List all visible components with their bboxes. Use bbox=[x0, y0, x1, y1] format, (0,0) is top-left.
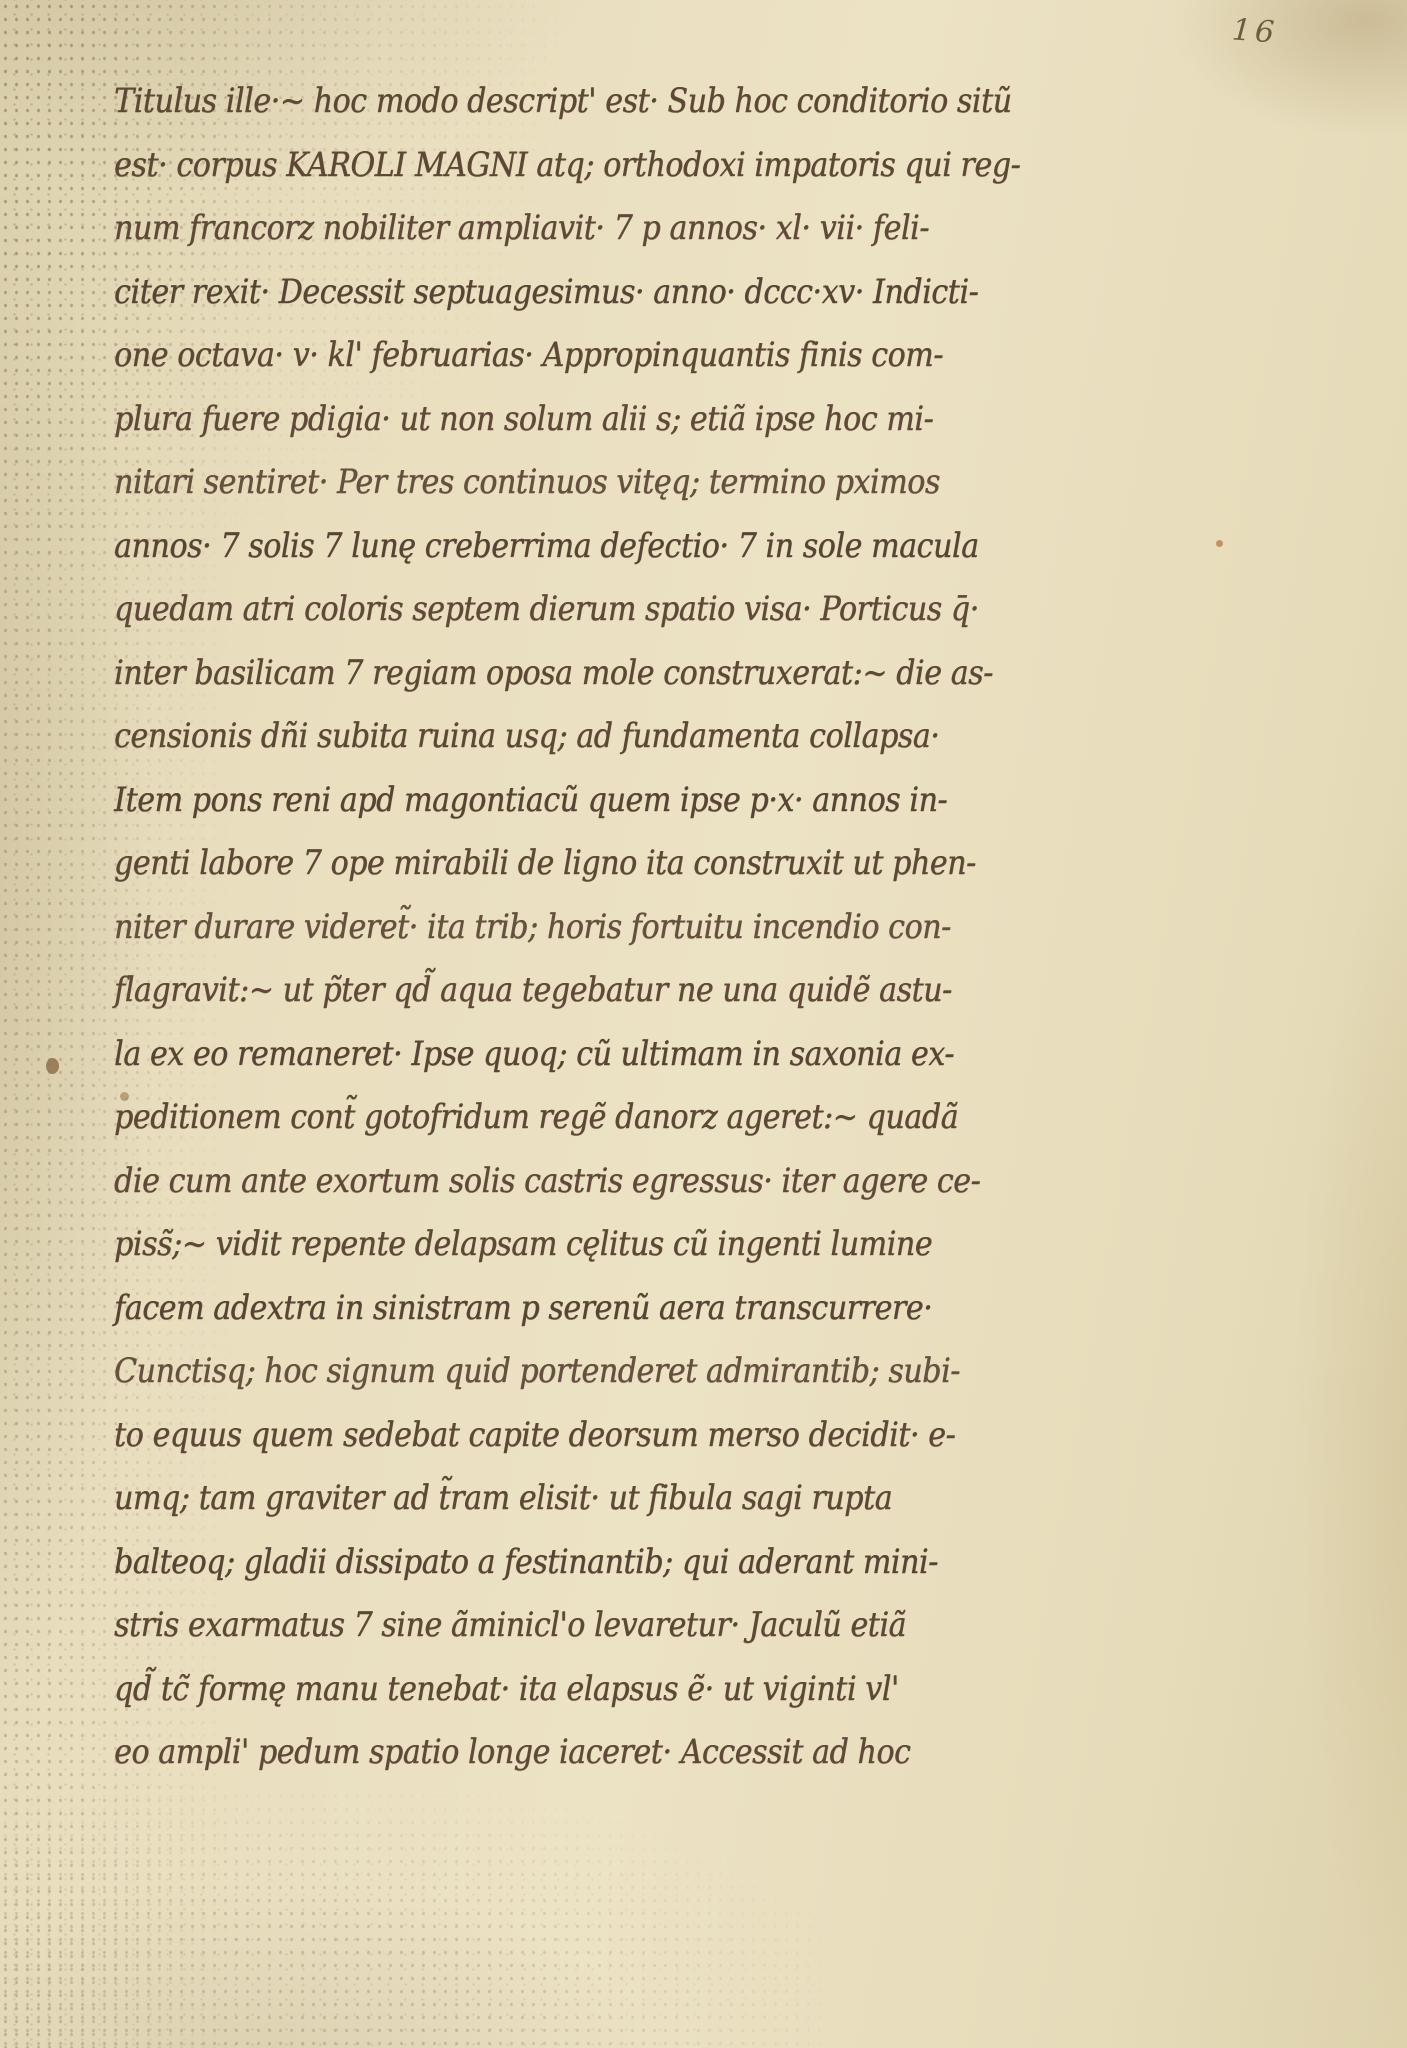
manuscript-line: num francorz nobiliter ampliavit· 7 p an… bbox=[114, 193, 950, 264]
manuscript-line: Item pons reni apd magontiacũ quem ipse … bbox=[114, 765, 950, 836]
manuscript-line: balteoq; gladii dissipato a festinantib;… bbox=[114, 1527, 950, 1598]
manuscript-line: nitari sentiret· Per tres continuos vitę… bbox=[114, 447, 950, 518]
manuscript-line: plura fuere pdigia· ut non solum alii s;… bbox=[114, 384, 950, 455]
manuscript-line: est· corpus KAROLI MAGNI atq; orthodoxi … bbox=[114, 130, 950, 201]
parchment-speckle-bottom bbox=[0, 1790, 820, 2048]
manuscript-line: facem adextra in sinistram p serenũ aera… bbox=[114, 1273, 950, 1344]
folio-number: 16 bbox=[1231, 12, 1280, 50]
manuscript-line: die cum ante exortum solis castris egres… bbox=[114, 1146, 950, 1217]
manuscript-line: censionis dñi subita ruina usq; ad funda… bbox=[114, 701, 950, 772]
manuscript-line: umq; tam graviter ad t̃ram elisit· ut fi… bbox=[114, 1463, 950, 1534]
manuscript-line: stris exarmatus 7 sine ãminicl'o levaret… bbox=[114, 1590, 950, 1661]
manuscript-line: citer rexit· Decessit septuagesimus· ann… bbox=[114, 257, 950, 328]
manuscript-line: niter durare videret̃· ita trib; horis f… bbox=[114, 892, 950, 963]
manuscript-text-block: Titulus ille·~ hoc modo descript' est· S… bbox=[114, 70, 950, 1785]
manuscript-line: inter basilicam 7 regiam oposa mole cons… bbox=[114, 638, 950, 709]
ink-blemish-spot bbox=[46, 1058, 59, 1074]
red-fleck-spot bbox=[1216, 540, 1223, 547]
manuscript-line: one octava· v· kl' februarias· Appropinq… bbox=[114, 320, 950, 391]
manuscript-line: to equus quem sedebat capite deorsum mer… bbox=[114, 1400, 950, 1471]
manuscript-line: peditionem cont̃ gotofridum regẽ danorz … bbox=[114, 1082, 950, 1153]
manuscript-line: qd̃ tc̃ formę manu tenebat· ita elapsus … bbox=[114, 1654, 950, 1725]
manuscript-line: annos· 7 solis 7 lunę creberrima defecti… bbox=[114, 511, 950, 582]
manuscript-line: genti labore 7 ope mirabili de ligno ita… bbox=[114, 828, 950, 899]
manuscript-line: eo ampli' pedum spatio longe iaceret· Ac… bbox=[114, 1717, 950, 1788]
manuscript-line: Cunctisq; hoc signum quid portenderet ad… bbox=[114, 1336, 950, 1407]
manuscript-line: flagravit:~ ut p̃ter qd̃ aqua tegebatur … bbox=[114, 955, 950, 1026]
parchment-page: 16 Titulus ille·~ hoc modo descript' est… bbox=[0, 0, 1407, 2048]
manuscript-line: la ex eo remaneret· Ipse quoq; cũ ultima… bbox=[114, 1019, 950, 1090]
manuscript-line: quedam atri coloris septem dierum spatio… bbox=[114, 574, 950, 645]
manuscript-line: piss̃;~ vidit repente delapsam cęlitus c… bbox=[114, 1209, 950, 1280]
manuscript-line: Titulus ille·~ hoc modo descript' est· S… bbox=[114, 66, 950, 137]
